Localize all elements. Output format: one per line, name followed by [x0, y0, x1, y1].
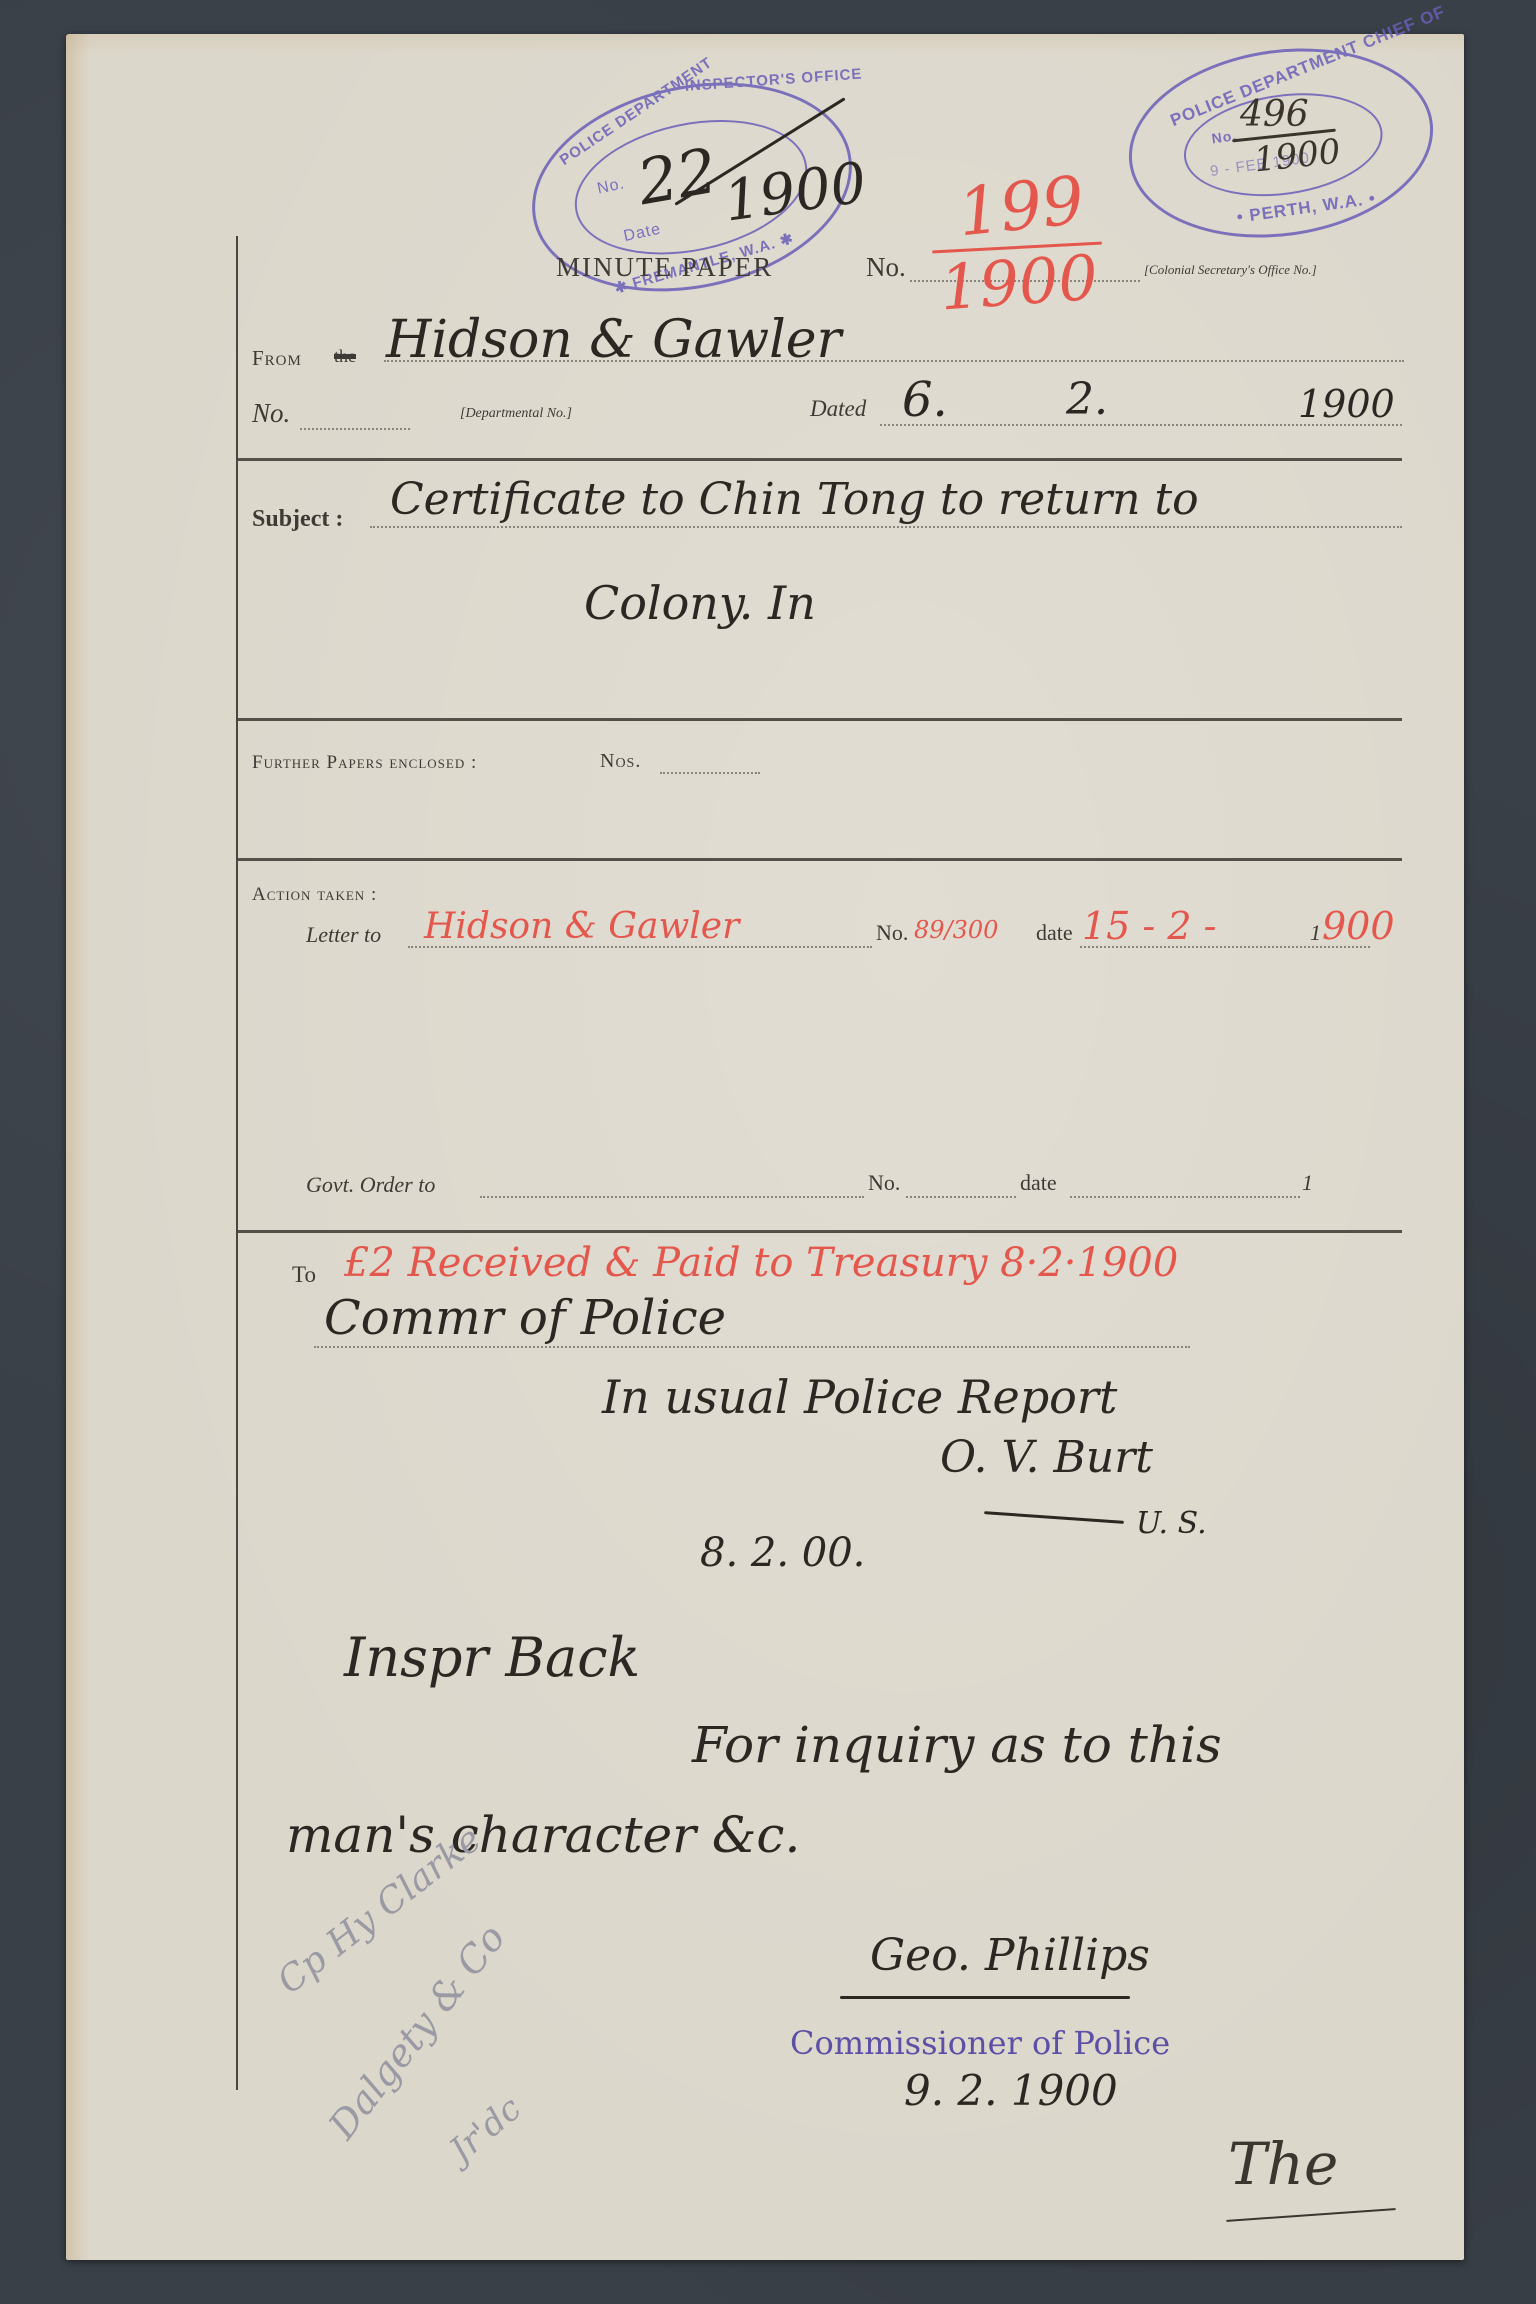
minute-body-1: In usual Police Report — [602, 1370, 1117, 1424]
letter-year-value: 900 — [1322, 904, 1395, 948]
letter-year-prefix: 1 — [1310, 920, 1321, 946]
commissioner-title-stamp: Commissioner of Police — [790, 2024, 1170, 2062]
left-margin-rule — [236, 236, 238, 2090]
dated-label: Dated — [810, 396, 866, 422]
from-label: From — [252, 346, 302, 371]
commissioner-date: 9. 2. 1900 — [904, 2066, 1118, 2115]
subject-label: Subject : — [252, 506, 343, 533]
letter-date-value: 15 - 2 - — [1082, 904, 1216, 948]
dept-no-label: No. — [252, 398, 290, 429]
section-divider-further-papers — [238, 858, 1402, 861]
dated-year: 1900 — [1298, 382, 1395, 426]
letter-date-label: date — [1036, 920, 1073, 946]
signature-1-title: U. S. — [1136, 1506, 1207, 1541]
letter-to-value: Hidson & Gawler — [424, 906, 739, 947]
action-taken-label: Action taken : — [252, 884, 377, 906]
section-divider-header — [238, 458, 1402, 461]
govt-year-prefix: 1 — [1302, 1170, 1313, 1196]
section-divider-action-taken — [238, 1230, 1402, 1233]
signature-1: O. V. Burt — [940, 1432, 1153, 1483]
dated-day: 6. — [902, 372, 948, 428]
dated-month: 2. — [1066, 374, 1108, 425]
further-papers-label: Further Papers enclosed : — [252, 752, 477, 774]
subject-line-2: Colony. In — [584, 576, 816, 630]
instruction-addressee: Inspr Back — [344, 1626, 640, 1689]
chief-stamp-number: 496 — [1240, 94, 1309, 135]
letter-to-label: Letter to — [306, 922, 381, 948]
instruction-line-1: For inquiry as to this — [692, 1716, 1222, 1774]
letter-no-value: 89/300 — [914, 916, 998, 944]
commissioner-signature: Geo. Phillips — [870, 1930, 1150, 1981]
further-papers-nos-label: Nos. — [600, 750, 641, 773]
colonial-office-label: [Colonial Secretary's Office No.] — [1144, 262, 1317, 278]
form-number-label: No. — [866, 252, 906, 283]
to-label: To — [292, 1262, 316, 1288]
form-title: MINUTE PAPER — [556, 252, 773, 283]
commissioner-signature-flourish — [840, 1996, 1130, 1999]
from-struck-text: the — [334, 346, 356, 367]
departmental-no-label: [Departmental No.] — [460, 406, 572, 422]
inspector-stamp-number: 22 — [632, 134, 722, 220]
minute-paper-year: 1900 — [938, 241, 1101, 325]
letter-no-label: No. — [876, 920, 908, 946]
subject-line-1: Certificate to Chin Tong to return to — [390, 474, 1199, 525]
govt-order-label: Govt. Order to — [306, 1172, 435, 1198]
minute-date-1: 8. 2. 00. — [700, 1530, 865, 1576]
initials: The — [1228, 2130, 1338, 2198]
govt-no-label: No. — [868, 1170, 900, 1196]
govt-date-label: date — [1020, 1170, 1057, 1196]
instruction-line-2: man's character &c. — [286, 1806, 800, 1864]
minute-paper-number: 199 — [954, 162, 1087, 252]
addressee: Commr of Police — [324, 1290, 726, 1346]
treasury-receipt-note: £2 Received & Paid to Treasury 8·2·1900 — [344, 1240, 1178, 1286]
section-divider-subject — [238, 718, 1402, 721]
